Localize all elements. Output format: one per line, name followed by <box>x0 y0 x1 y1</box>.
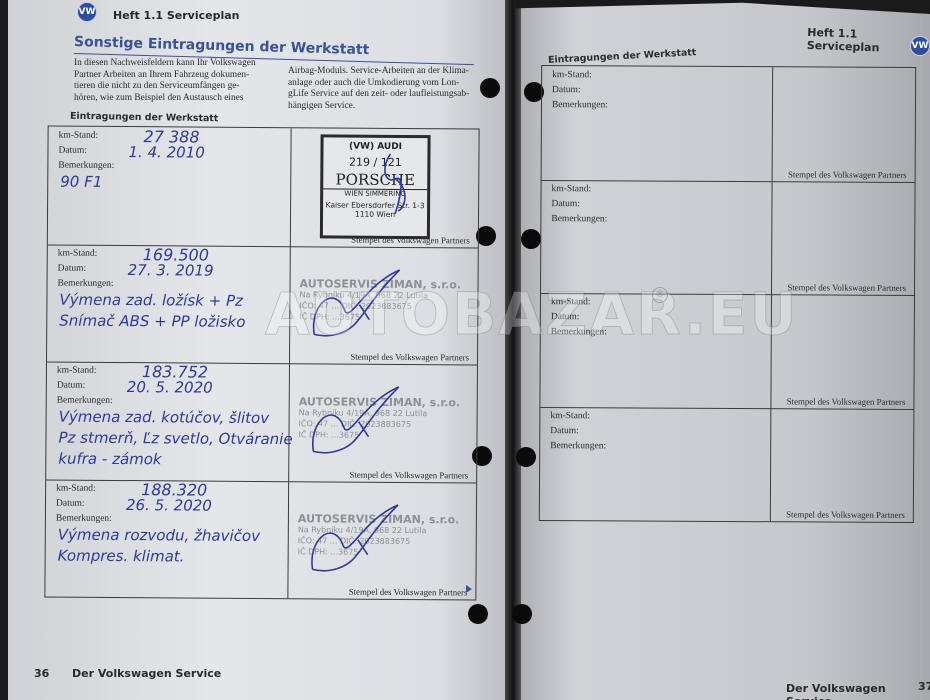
entry-row: km-Stand:Datum:Bemerkungen:Stempel des V… <box>48 127 479 248</box>
km-stand-label: km-Stand: <box>57 366 97 376</box>
bemerkung-line[interactable]: Snímač ABS + PP ložisko <box>59 311 245 330</box>
bemerkung-line[interactable]: 90 F1 <box>60 173 102 191</box>
stempel-label: Stempel des Volkswagen Partners <box>350 469 469 480</box>
stempel-label: Stempel des Volkswagen Partners <box>787 282 906 293</box>
binder-hole <box>468 604 488 624</box>
entry-row: km-Stand:Datum:Bemerkungen:Stempel des V… <box>541 180 915 296</box>
stempel-label: Stempel des Volkswagen Partners <box>787 396 906 407</box>
datum-label: Datum: <box>58 263 87 273</box>
intro-text-col1: In diesen Nachweisfeldern kann Ihr Volks… <box>74 58 256 104</box>
bemerkung-line[interactable]: Výmena zad. ložísk + Pz <box>59 290 243 309</box>
signature <box>302 499 413 580</box>
stempel-label: Stempel des Volkswagen Partners <box>788 169 907 180</box>
datum-label: Datum: <box>550 426 579 436</box>
datum-value[interactable]: 27. 3. 2019 <box>128 261 214 280</box>
entry-row: km-Stand:Datum:Bemerkungen:Stempel des V… <box>45 479 476 599</box>
intro-text-col2: Airbag-Moduls. Service-Arbeiten an der K… <box>288 66 469 112</box>
signature <box>303 381 414 462</box>
datum-label: Datum: <box>58 146 87 156</box>
km-stand-label: km-Stand: <box>56 483 96 493</box>
datum-label: Datum: <box>56 498 85 508</box>
km-stand-label: km-Stand: <box>552 184 592 194</box>
datum-value[interactable]: 20. 5. 2020 <box>127 378 213 397</box>
left-footer-text: Der Volkswagen Service <box>72 667 221 680</box>
datum-label: Datum: <box>57 381 86 391</box>
next-page-arrow-icon <box>466 585 472 593</box>
left-page-header: Heft 1.1 Serviceplan <box>113 9 239 22</box>
left-entries-table: km-Stand:Datum:Bemerkungen:Stempel des V… <box>44 125 479 600</box>
bemerkungen-label: Bemerkungen: <box>56 513 112 523</box>
datum-label: Datum: <box>551 199 580 209</box>
km-stand-label: km-Stand: <box>552 70 592 80</box>
entry-row: km-Stand:Datum:Bemerkungen:Stempel des V… <box>542 66 916 182</box>
bemerkungen-label: Bemerkungen: <box>551 214 607 224</box>
bemerkungen-label: Bemerkungen: <box>57 396 113 406</box>
datum-value[interactable]: 26. 5. 2020 <box>126 496 212 515</box>
book-gutter <box>505 0 521 700</box>
bemerkung-line[interactable]: Pz stmerň, Ľz svetlo, Otváranie <box>58 429 292 449</box>
entry-row: km-Stand:Datum:Bemerkungen:Stempel des V… <box>540 407 914 522</box>
right-footer-text: Der Volkswagen Service <box>786 682 930 700</box>
vw-logo-icon: VW <box>77 2 97 22</box>
bemerkung-line[interactable]: Výmena zad. kotúčov, šlitov <box>59 408 270 427</box>
binder-hole <box>476 226 496 246</box>
stempel-label: Stempel des Volkswagen Partners <box>350 352 469 363</box>
binder-hole <box>512 604 532 624</box>
bemerkung-line[interactable]: kufra - zámok <box>58 450 161 469</box>
registered-mark-icon: ® <box>652 287 668 303</box>
km-stand-label: km-Stand: <box>58 248 98 258</box>
binder-hole <box>480 78 500 98</box>
bemerkungen-label: Bemerkungen: <box>58 161 114 171</box>
bemerkung-line[interactable]: Kompres. klimat. <box>58 546 185 565</box>
bemerkungen-label: Bemerkungen: <box>550 441 606 451</box>
watermark: AUTOBAZAR.EU <box>265 280 799 348</box>
bemerkungen-label: Bemerkungen: <box>552 100 608 110</box>
right-page-number: 37 <box>918 680 930 693</box>
bemerkungen-label: Bemerkungen: <box>58 278 114 288</box>
stempel-label: Stempel des Volkswagen Partners <box>349 587 468 598</box>
binder-hole <box>521 229 541 249</box>
vw-logo-icon: VW <box>910 36 930 56</box>
km-stand-label: km-Stand: <box>550 411 590 421</box>
binder-hole <box>516 447 536 467</box>
entry-row: km-Stand:Datum:Bemerkungen:Stempel des V… <box>46 361 477 482</box>
left-page-number: 36 <box>34 667 49 680</box>
bemerkung-line[interactable]: Výmena rozvodu, žhavičov <box>58 525 260 544</box>
datum-value[interactable]: 1. 4. 2010 <box>128 143 204 162</box>
km-stand-label: km-Stand: <box>59 131 99 141</box>
stempel-label: Stempel des Volkswagen Partners <box>786 509 905 520</box>
signature <box>350 139 461 220</box>
datum-label: Datum: <box>552 85 581 95</box>
